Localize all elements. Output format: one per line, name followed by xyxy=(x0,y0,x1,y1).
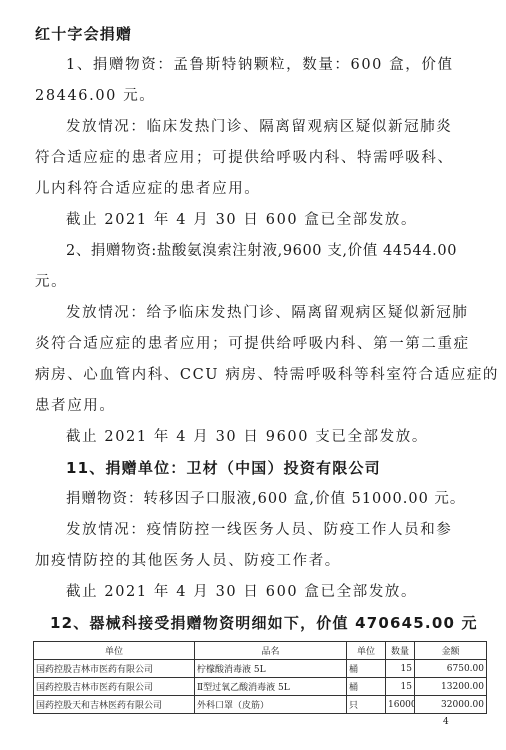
item1-distribution-line3: 儿内科符合适应症的患者应用。 xyxy=(35,179,447,199)
section11-heading: 11、捐赠单位：卫材（中国）投资有限公司 xyxy=(66,458,447,478)
cell-product: Ⅱ型过氧乙酸消毒液 5L xyxy=(195,678,347,696)
donation-table: 单位 品名 单位 数量 金额 国药控股吉林市医药有限公司 柠檬酸消毒液 5L 桶… xyxy=(33,641,487,714)
cell-amount: 32000.00 xyxy=(415,696,487,714)
section11-status: 截止 2021 年 4 月 30 日 600 盒已全部发放。 xyxy=(66,582,447,602)
cell-measure-unit: 只 xyxy=(347,696,386,714)
cell-donor: 国药控股吉林市医药有限公司 xyxy=(34,660,195,678)
header-unit: 单位 xyxy=(34,642,195,660)
header-amount: 金额 xyxy=(415,642,487,660)
header-quantity: 数量 xyxy=(386,642,415,660)
cell-donor: 国药控股天和吉林医药有限公司 xyxy=(34,696,195,714)
cell-product: 柠檬酸消毒液 5L xyxy=(195,660,347,678)
table-row: 国药控股天和吉林医药有限公司 外科口罩（皮筋） 只 16000 32000.00 xyxy=(34,696,487,714)
item1-line1: 1、捐赠物资：孟鲁斯特钠颗粒，数量：600 盒，价值 xyxy=(66,55,447,75)
section11-materials: 捐赠物资：转移因子口服液,600 盒,价值 51000.00 元。 xyxy=(66,489,447,509)
section11-distribution-line1: 发放情况：疫情防控一线医务人员、防疫工作人员和参 xyxy=(66,520,447,540)
cell-quantity: 16000 xyxy=(386,696,415,714)
item2-distribution-line1: 发放情况：给予临床发热门诊、隔离留观病区疑似新冠肺 xyxy=(66,303,447,323)
item2-distribution-line4: 患者应用。 xyxy=(35,396,447,416)
item2-distribution-line2: 炎符合适应症的患者应用；可提供给呼吸内科、第一第二重症 xyxy=(35,334,447,354)
page-number: 4 xyxy=(443,717,449,727)
item2-line2: 元。 xyxy=(35,272,447,292)
table-row: 国药控股吉林市医药有限公司 Ⅱ型过氧乙酸消毒液 5L 桶 15 13200.00 xyxy=(34,678,487,696)
cell-donor: 国药控股吉林市医药有限公司 xyxy=(34,678,195,696)
cell-quantity: 15 xyxy=(386,678,415,696)
section12-heading: 12、器械科接受捐赠物资明细如下，价值 470645.00 元 xyxy=(50,613,450,633)
item1-status: 截止 2021 年 4 月 30 日 600 盒已全部发放。 xyxy=(66,210,447,230)
item2-status: 截止 2021 年 4 月 30 日 9600 支已全部发放。 xyxy=(66,427,447,447)
table-header-row: 单位 品名 单位 数量 金额 xyxy=(34,642,487,660)
cell-measure-unit: 桶 xyxy=(347,660,386,678)
cell-amount: 13200.00 xyxy=(415,678,487,696)
section11-distribution-line2: 加疫情防控的其他医务人员、防疫工作者。 xyxy=(35,551,447,571)
item1-distribution-line2: 符合适应症的患者应用；可提供给呼吸内科、特需呼吸科、 xyxy=(35,148,447,168)
item1-distribution-line1: 发放情况：临床发热门诊、隔离留观病区疑似新冠肺炎 xyxy=(66,117,447,137)
item1-line2: 28446.00 元。 xyxy=(35,86,447,106)
header-measure-unit: 单位 xyxy=(347,642,386,660)
cell-quantity: 15 xyxy=(386,660,415,678)
cell-amount: 6750.00 xyxy=(415,660,487,678)
section-title: 红十字会捐赠 xyxy=(35,24,447,44)
document-page: 红十字会捐赠 1、捐赠物资：孟鲁斯特钠颗粒，数量：600 盒，价值 28446.… xyxy=(0,0,506,750)
item2-line1: 2、捐赠物资:盐酸氨溴索注射液,9600 支,价值 44544.00 xyxy=(66,241,447,261)
cell-measure-unit: 桶 xyxy=(347,678,386,696)
cell-product: 外科口罩（皮筋） xyxy=(195,696,347,714)
header-product-name: 品名 xyxy=(195,642,347,660)
table-row: 国药控股吉林市医药有限公司 柠檬酸消毒液 5L 桶 15 6750.00 xyxy=(34,660,487,678)
item2-distribution-line3: 病房、心血管内科、CCU 病房、特需呼吸科等科室符合适应症的 xyxy=(35,365,447,385)
